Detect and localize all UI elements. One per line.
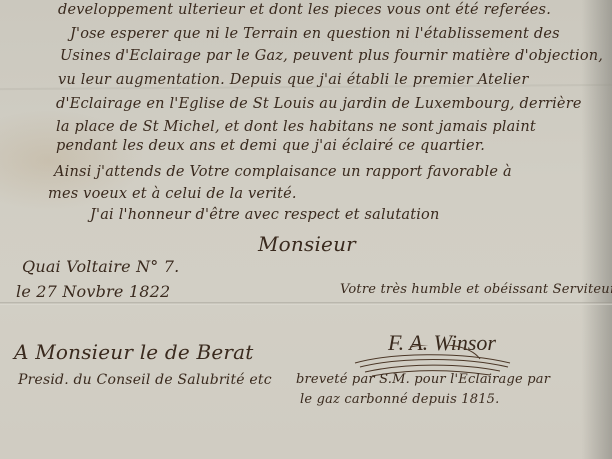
- body-line-8: Ainsi j'attends de Votre complaisance un…: [54, 164, 512, 180]
- body-line-7: pendant les deux ans et demi que j'ai éc…: [56, 138, 485, 154]
- signature-note-line-1: breveté par S.M. pour l'Eclairage par: [296, 372, 550, 387]
- body-line-2: J'ose esperer que ni le Terrain en quest…: [70, 26, 560, 42]
- body-line-10: J'ai l'honneur d'être avec respect et sa…: [90, 207, 440, 223]
- closing: Votre très humble et obéissant Serviteur: [340, 282, 612, 297]
- recipient-name: A Monsieur le de Berat: [14, 340, 254, 364]
- body-line-3: Usines d'Eclairage par le Gaz, peuvent p…: [60, 48, 603, 64]
- recipient-title: Presid. du Conseil de Salubrité etc: [18, 372, 272, 388]
- body-line-6: la place de St Michel, et dont les habit…: [56, 119, 536, 135]
- letter-paper: [0, 0, 612, 459]
- signature-note-line-2: le gaz carbonné depuis 1815.: [300, 392, 500, 407]
- body-line-4: vu leur augmentation. Depuis que j'ai ét…: [58, 72, 528, 88]
- body-line-5: d'Eclairage en l'Eglise de St Louis au j…: [56, 96, 582, 112]
- body-line-1: developpement ulterieur et dont les piec…: [58, 2, 551, 18]
- paper-fold-line: [0, 302, 612, 305]
- salutation: Monsieur: [258, 232, 356, 256]
- address-date: le 27 Novbre 1822: [16, 282, 170, 301]
- body-line-9: mes voeux et à celui de la verité.: [48, 186, 297, 202]
- address-line-1: Quai Voltaire N° 7.: [22, 257, 179, 276]
